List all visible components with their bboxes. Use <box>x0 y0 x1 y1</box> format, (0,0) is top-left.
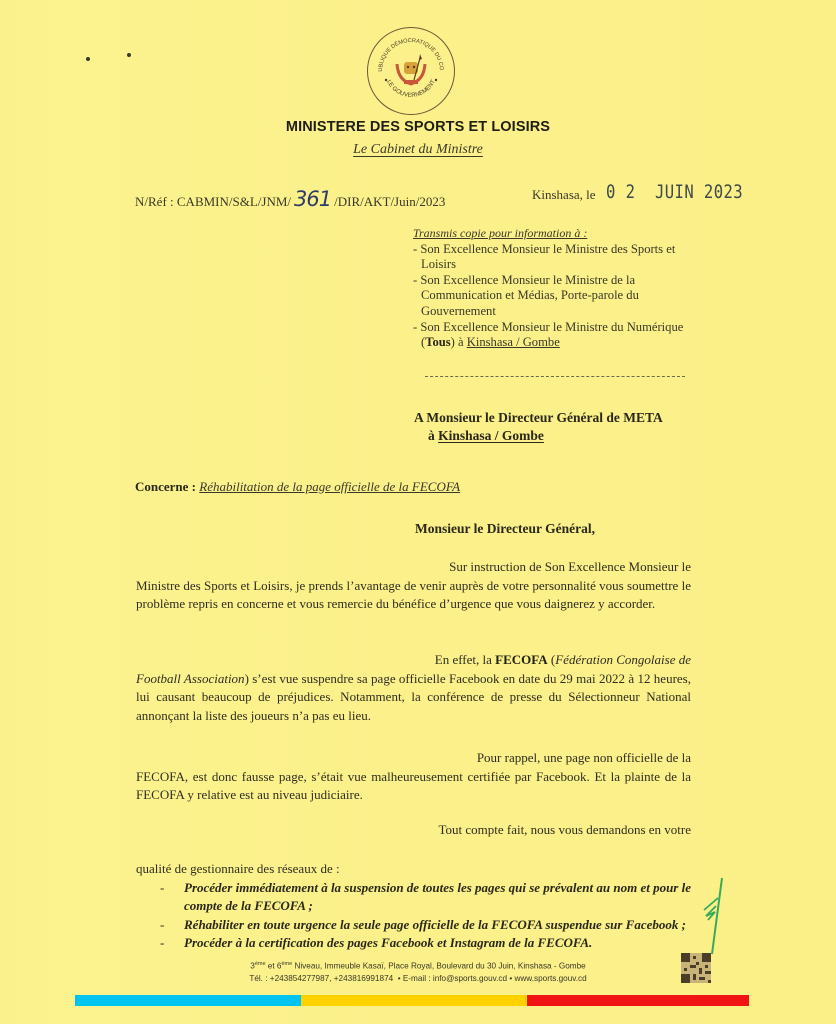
addressee-location: à Kinshasa / Gombe <box>414 427 663 445</box>
copy-recipient: - Son Excellence Monsieur le Ministre de… <box>413 242 693 273</box>
signature-mark <box>700 876 730 956</box>
copy-recipients: Transmis copie pour information à : - So… <box>413 226 693 351</box>
ministry-name: MINISTERE DES SPORTS ET LOISIRS <box>0 119 836 135</box>
government-seal: RÉPUBLIQUE DÉMOCRATIQUE DU CONGO LE GOUV… <box>367 27 455 115</box>
addressee-name: A Monsieur le Directeur Général de META <box>414 409 663 427</box>
paragraph-1: Sur instruction de Son Excellence Monsie… <box>136 558 691 614</box>
addressee: A Monsieur le Directeur Général de META … <box>414 409 663 445</box>
request-item: -Réhabiliter en toute urgence la seule p… <box>136 916 696 935</box>
dashed-divider <box>425 376 685 377</box>
paragraph-4: Tout compte fait, nous vous demandons en… <box>136 821 691 840</box>
salutation: Monsieur le Directeur Général, <box>415 521 595 537</box>
footer-contact-line: Tél. : +243854277987, +243816991874 • E-… <box>0 973 836 986</box>
date-stamp: 0 2 JUIN 2023 <box>606 181 743 203</box>
copy-location: (Tous) à Kinshasa / Gombe <box>413 335 693 351</box>
cabinet-name: Le Cabinet du Ministre <box>0 142 836 158</box>
copy-recipient: - Son Excellence Monsieur le Ministre de… <box>413 273 693 320</box>
paragraph-2: En effet, la FECOFA (Fédération Congolai… <box>136 651 691 725</box>
request-item: -Procéder à la certification des pages F… <box>136 934 696 953</box>
request-intro: qualité de gestionnaire des réseaux de : <box>136 860 696 879</box>
copy-title: Transmis copie pour information à : <box>413 226 693 242</box>
stripe-yellow <box>301 995 527 1006</box>
coat-of-arms-icon: RÉPUBLIQUE DÉMOCRATIQUE DU CONGO LE GOUV… <box>368 28 454 114</box>
flag-color-stripe <box>75 995 749 1006</box>
request-list: qualité de gestionnaire des réseaux de :… <box>136 860 696 953</box>
copy-recipient: - Son Excellence Monsieur le Ministre du… <box>413 320 693 336</box>
stripe-blue <box>75 995 301 1006</box>
reference-number: N/Réf : CABMIN/S&L/JNM/361/DIR/AKT/Juin/… <box>135 187 445 211</box>
place-label: Kinshasa, le <box>532 187 596 203</box>
footer-address: 3ème et 6ème Niveau, Immeuble Kasaï, Pla… <box>0 958 836 986</box>
subject-text: Réhabilitation de la page officielle de … <box>199 479 460 494</box>
footer-address-line: 3ème et 6ème Niveau, Immeuble Kasaï, Pla… <box>0 958 836 973</box>
handwritten-number: 361 <box>294 187 331 211</box>
subject-line: Concerne : Réhabilitation de la page off… <box>135 479 460 495</box>
request-item: -Procéder immédiatement à la suspension … <box>136 879 696 916</box>
stripe-red <box>527 995 749 1006</box>
punch-mark <box>127 53 131 57</box>
punch-mark <box>86 57 90 61</box>
paragraph-3: Pour rappel, une page non officielle de … <box>136 749 691 805</box>
